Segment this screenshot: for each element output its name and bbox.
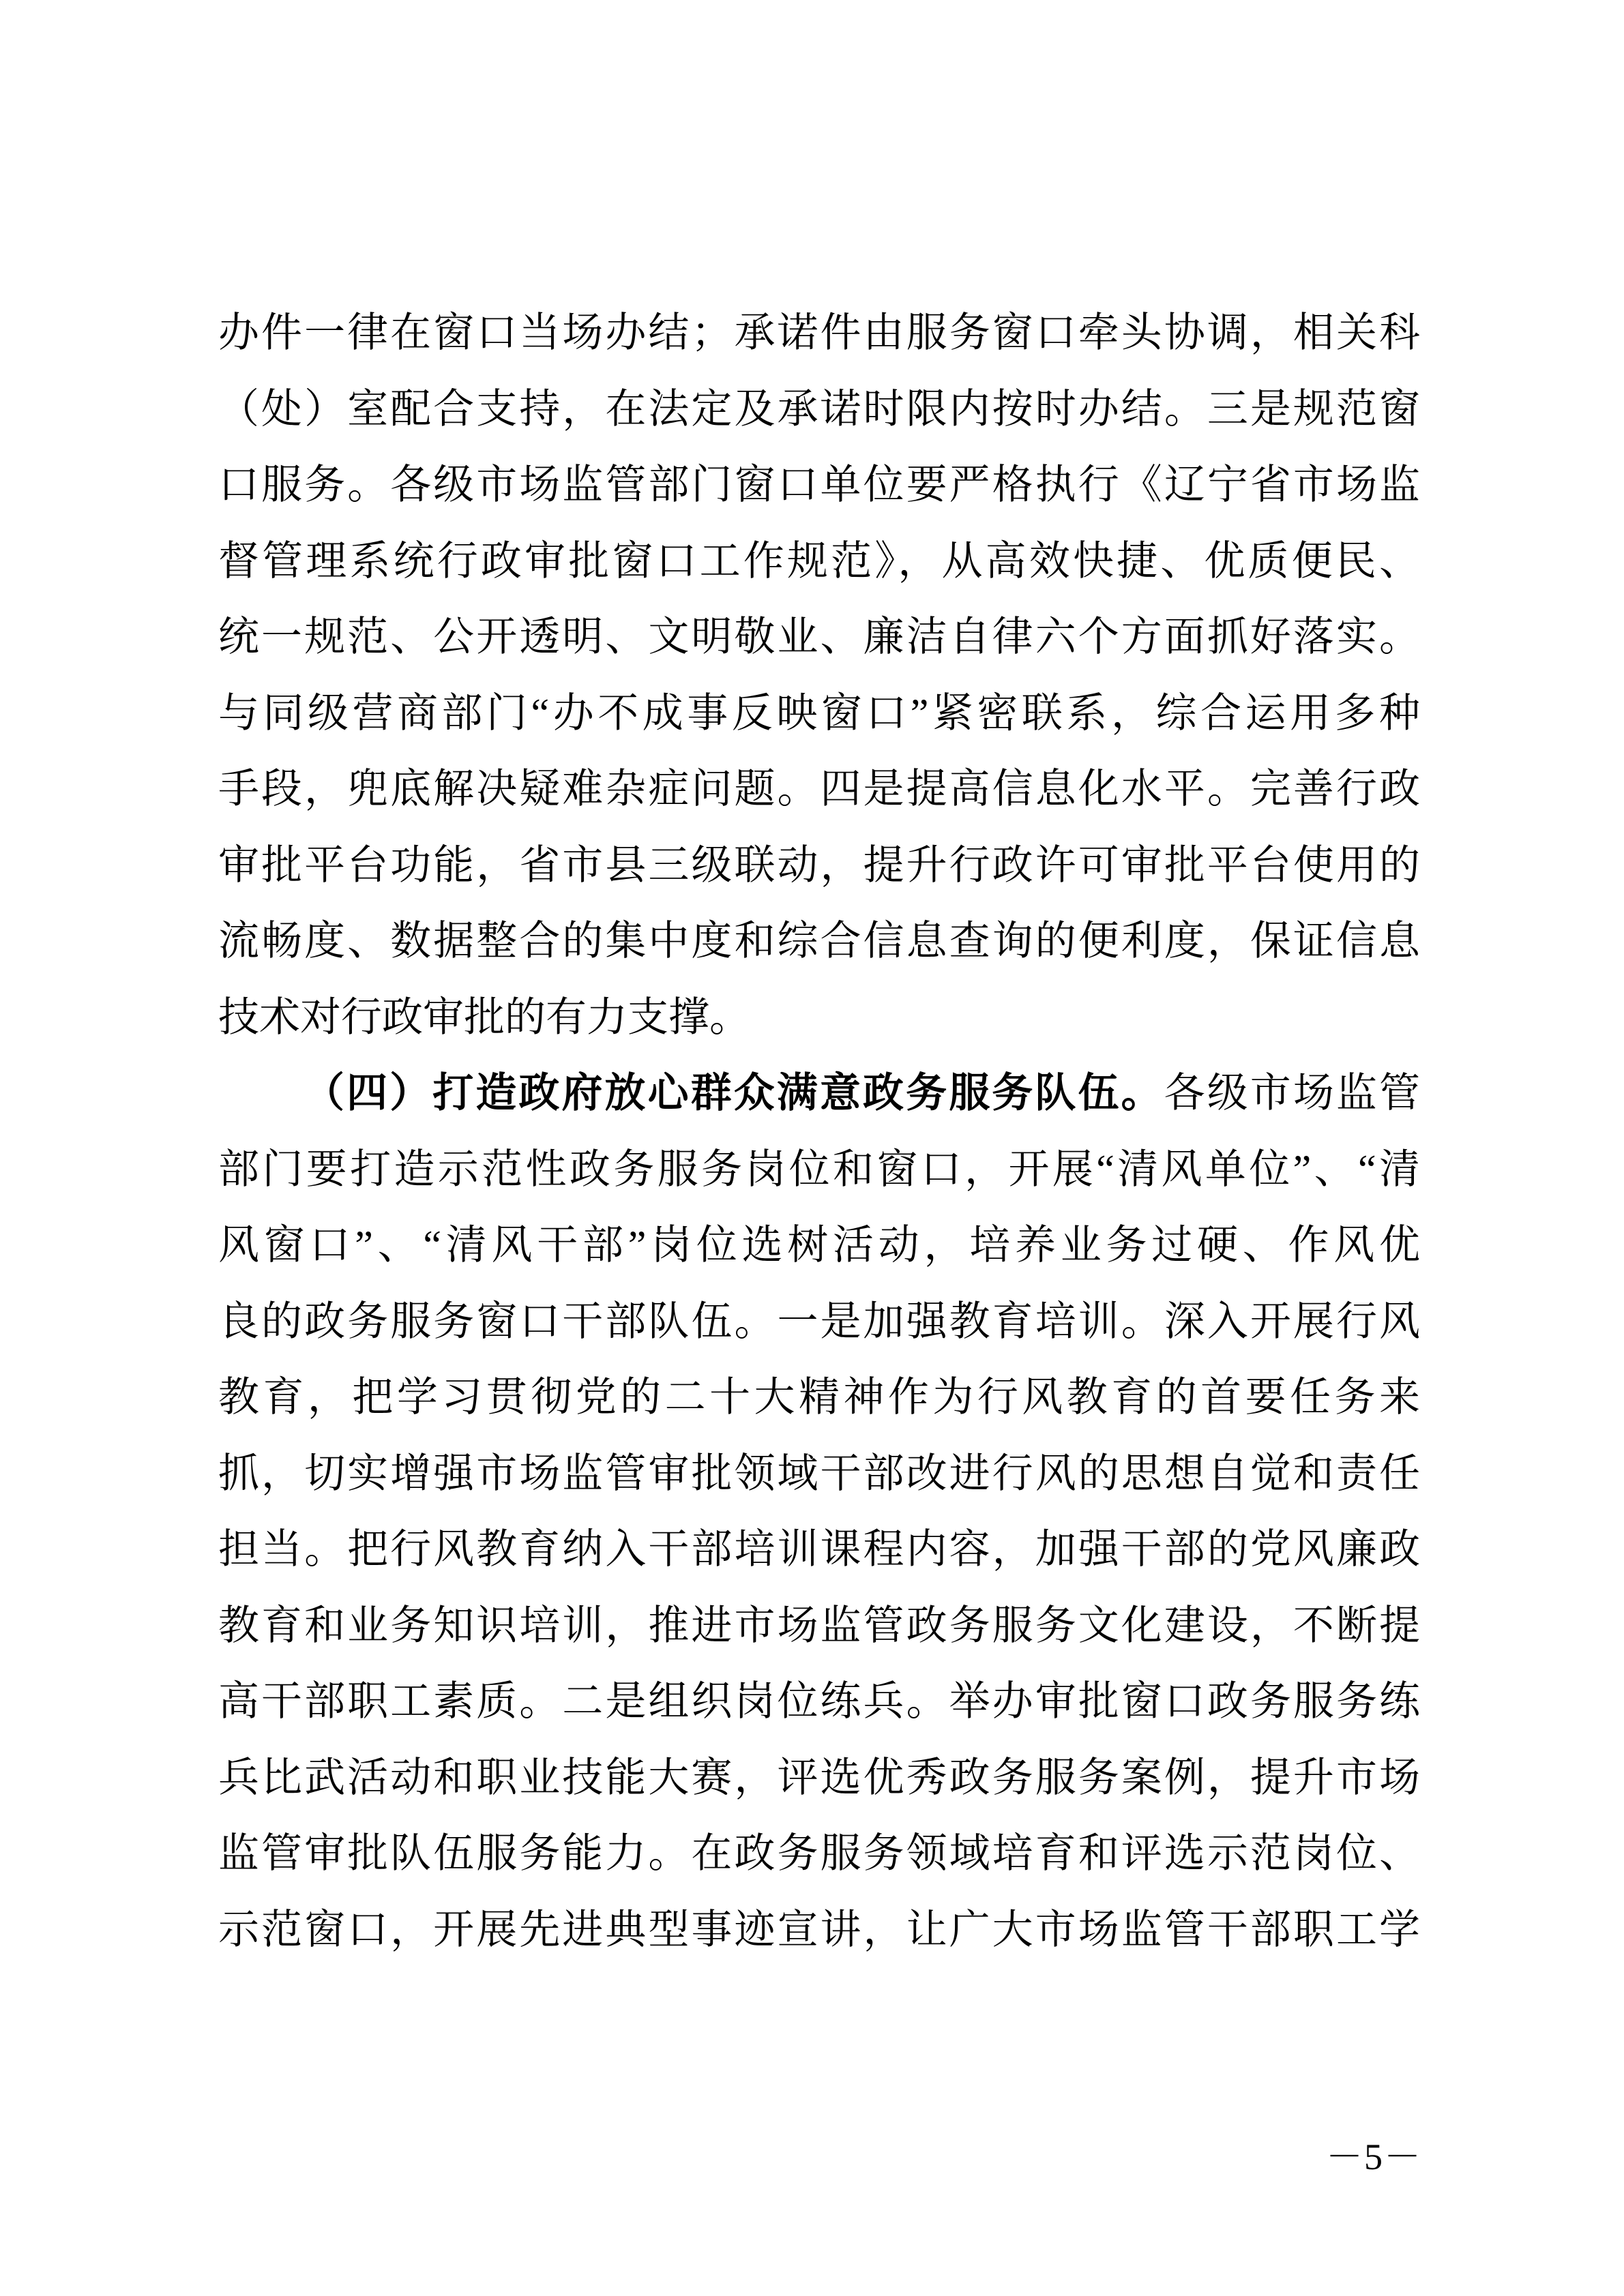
text-line: 抓，切实增强市场监管审批领域干部改进行风的思想自觉和责任 (218, 1436, 1420, 1512)
text-line: 办件一律在窗口当场办结；承诺件由服务窗口牵头协调，相关科 (218, 295, 1420, 372)
text-line: 教育和业务知识培训，推进市场监管政务服务文化建设，不断提 (218, 1588, 1420, 1665)
text-line: 部门要打造示范性政务服务岗位和窗口，开展“清风单位”、“清 (218, 1132, 1420, 1208)
body-text: 办件一律在窗口当场办结；承诺件由服务窗口牵头协调，相关科（处）室配合支持，在法定… (218, 295, 1420, 1968)
text-line: 风窗口”、“清风干部”岗位选树活动，培养业务过硬、作风优 (218, 1208, 1420, 1284)
text-line: 流畅度、数据整合的集中度和综合信息查询的便利度，保证信息 (218, 904, 1420, 980)
text-line: 良的政务服务窗口干部队伍。一是加强教育培训。深入开展行风 (218, 1284, 1420, 1360)
text-line: 与同级营商部门“办不成事反映窗口”紧密联系，综合运用多种 (218, 676, 1420, 752)
section-heading-tail: 各级市场监管 (1164, 1071, 1420, 1116)
text-line: 手段，兜底解决疑难杂症问题。四是提高信息化水平。完善行政 (218, 751, 1420, 828)
text-line: 口服务。各级市场监管部门窗口单位要严格执行《辽宁省市场监 (218, 447, 1420, 524)
paragraph-2: 部门要打造示范性政务服务岗位和窗口，开展“清风单位”、“清风窗口”、“清风干部”… (218, 1132, 1420, 1969)
text-line: 审批平台功能，省市县三级联动，提升行政许可审批平台使用的 (218, 828, 1420, 904)
section-heading-line: （四）打造政府放心群众满意政务服务队伍。各级市场监管 (218, 1056, 1420, 1132)
text-line: 高干部职工素质。二是组织岗位练兵。举办审批窗口政务服务练 (218, 1664, 1420, 1740)
text-line: 督管理系统行政审批窗口工作规范》，从高效快捷、优质便民、 (218, 524, 1420, 600)
text-line: （处）室配合支持，在法定及承诺时限内按时办结。三是规范窗 (218, 372, 1420, 448)
text-line: 兵比武活动和职业技能大赛，评选优秀政务服务案例，提升市场 (218, 1740, 1420, 1817)
text-line: 监管审批队伍服务能力。在政务服务领域培育和评选示范岗位、 (218, 1816, 1420, 1892)
text-line: 统一规范、公开透明、文明敬业、廉洁自律六个方面抓好落实。 (218, 599, 1420, 676)
text-line: 技术对行政审批的有力支撑。 (218, 980, 1420, 1056)
page-number: －5－ (1326, 2138, 1421, 2175)
text-line: 示范窗口，开展先进典型事迹宣讲，让广大市场监管干部职工学 (218, 1892, 1420, 1969)
text-line: 担当。把行风教育纳入干部培训课程内容，加强干部的党风廉政 (218, 1512, 1420, 1588)
paragraph-1: 办件一律在窗口当场办结；承诺件由服务窗口牵头协调，相关科（处）室配合支持，在法定… (218, 295, 1420, 980)
document-page: 办件一律在窗口当场办结；承诺件由服务窗口牵头协调，相关科（处）室配合支持，在法定… (0, 0, 1624, 2296)
section-heading: （四）打造政府放心群众满意政务服务队伍。 (304, 1071, 1164, 1116)
text-line: 教育，把学习贯彻党的二十大精神作为行风教育的首要任务来 (218, 1360, 1420, 1436)
